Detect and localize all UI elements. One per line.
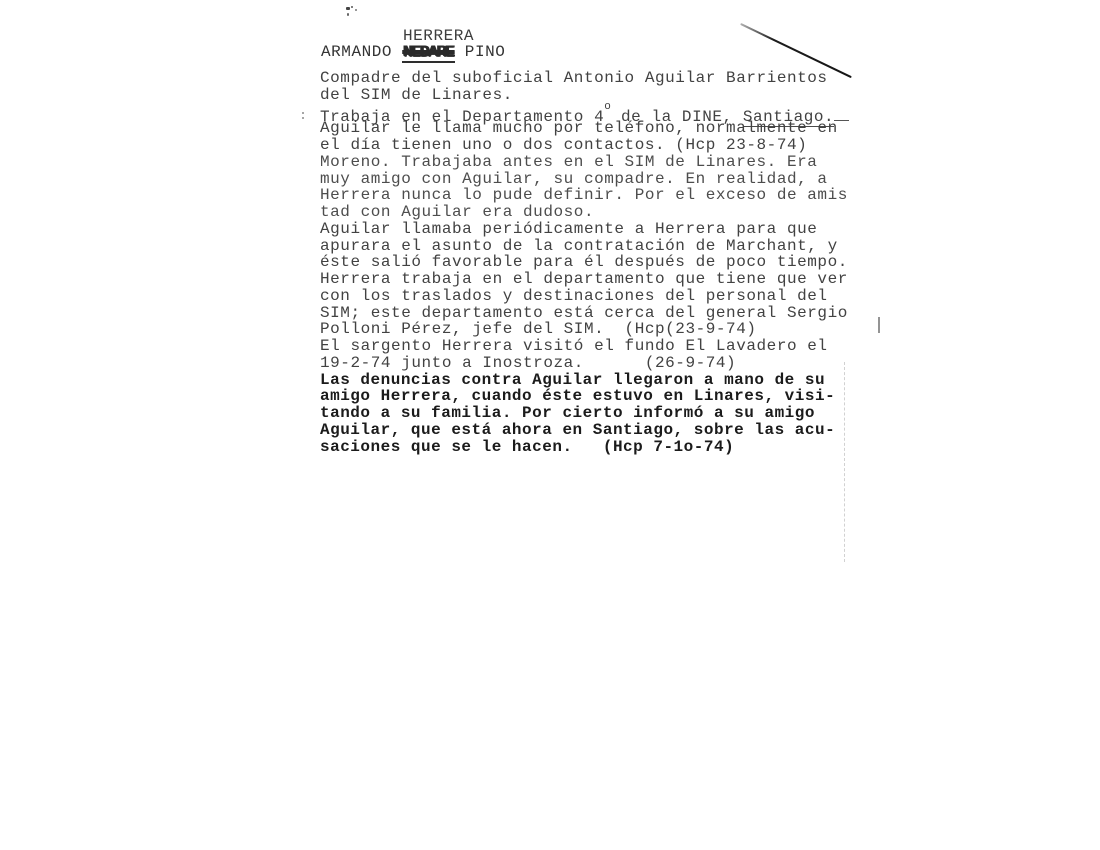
ordinal-indicator: o (604, 101, 611, 113)
first-name: ARMANDO (321, 43, 402, 61)
text-line-20: amigo Herrera, cuando éste estuvo en Lin… (320, 388, 849, 405)
subject-name-line: ARMANDO NEDARE PINO (321, 43, 505, 63)
text-line-7: muy amigo con Aguilar, su compadre. En r… (320, 171, 849, 188)
text-line-18: 19-2-74 junto a Inostroza. (26-9-74) (320, 355, 849, 372)
text-line-12: éste salió favorable para él después de … (320, 254, 849, 271)
text-line-14: con los traslados y destinaciones del pe… (320, 288, 849, 305)
underline-tail (834, 104, 849, 121)
text-line-21: tando a su familia. Por cierto informó a… (320, 405, 849, 422)
margin-tick-mark (878, 317, 880, 333)
typed-text-block: Compadre del suboficial Antonio Aguilar … (320, 70, 849, 455)
text-line-5: el día tienen uno o dos contactos. (Hcp … (320, 137, 849, 154)
text-line-16: Polloni Pérez, jefe del SIM. (Hcp(23-9-7… (320, 321, 849, 338)
text-line-13: Herrera trabaja en el departamento que t… (320, 271, 849, 288)
text-line-4: Aguilar le llama mucho por teléfono, nor… (320, 120, 849, 137)
stricken-surname: NEDARE (402, 43, 454, 63)
text-line-2: del SIM de Linares. (320, 87, 849, 104)
text-line-1: Compadre del suboficial Antonio Aguilar … (320, 70, 849, 87)
text-line-15: SIM; este departamento está cerca del ge… (320, 305, 849, 322)
text-line-11: apurara el asunto de la contratación de … (320, 238, 849, 255)
text-line-10: Aguilar llamaba periódicamente a Herrera… (320, 221, 849, 238)
text-line-19: Las denuncias contra Aguilar llegaron a … (320, 372, 849, 389)
text-line-17: El sargento Herrera visitó el fundo El L… (320, 338, 849, 355)
text-line-23: saciones que se le hacen. (Hcp 7-1o-74) (320, 439, 849, 456)
text-line-3: Trabaja en el Departamento 4o de la DINE… (320, 104, 849, 121)
last-name: PINO (455, 43, 506, 61)
text-line-6: Moreno. Trabajaba antes en el SIM de Lin… (320, 154, 849, 171)
scanned-document-page: HERRERA ARMANDO NEDARE PINO Compadre del… (0, 0, 1100, 850)
text-line-9: tad con Aguilar era dudoso. (320, 204, 849, 221)
text-line-8: Herrera nunca lo pude definir. Por el ex… (320, 187, 849, 204)
margin-speck (302, 112, 305, 120)
text-line-22: Aguilar, que está ahora en Santiago, sob… (320, 422, 849, 439)
scan-smudge (345, 6, 359, 18)
